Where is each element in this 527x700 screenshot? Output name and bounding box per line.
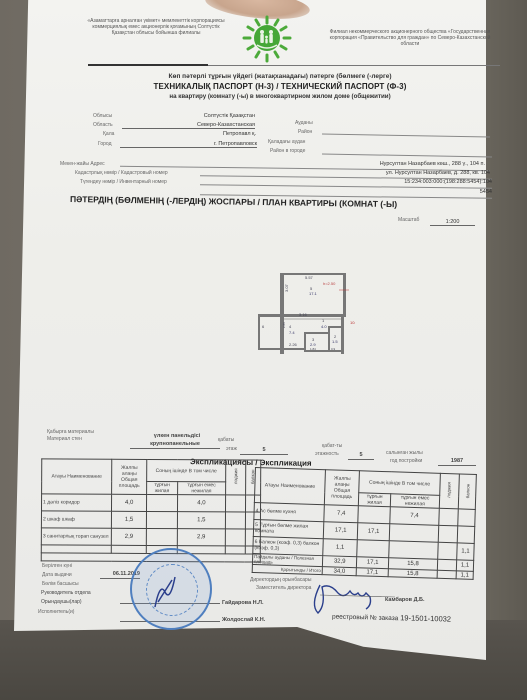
doc-title: ТЕХНИКАЛЫҚ ПАСПОРТ (Н-3) / ТЕХНИЧЕСКИЙ П… (125, 82, 435, 91)
floor-plan-drawing: 5.57 h=2.50 5 17.1 3.07 3.16 1 4.0 4 7.4… (255, 270, 355, 354)
floor-label-ru: этаж (226, 446, 237, 452)
wall-material-label-ru: Материал стен (47, 436, 82, 442)
oblast-label-kz: Облысы (93, 113, 112, 119)
deputy-signature-icon (300, 575, 405, 615)
table-row: 3 санитарлық торап санузел 2,9 2,9 (41, 528, 260, 546)
svg-text:2.86: 2.86 (282, 322, 286, 328)
deputy-name: Камбаров Д.Б. (385, 597, 425, 604)
address-value-ru: ул. Нурсултан Назарбаев, д. 288, кв. 104 (300, 170, 490, 176)
col-total-header: Жалпы алаңы Общая площадь (112, 459, 147, 494)
family-sun-logo-icon (238, 14, 296, 66)
wall-material-kz: үлкен панельдісі (142, 433, 212, 440)
district-label-kz: Ауданы (295, 120, 313, 126)
scale-label: Масштаб (398, 217, 419, 223)
org-name-kz: «Азаматтарға арналған үкімет» мемлекетті… (82, 18, 230, 36)
header-divider-bold (88, 64, 208, 66)
svg-text:7.4: 7.4 (289, 330, 295, 335)
col-name-header: Атауы Наименование (42, 459, 112, 494)
oblast-label-ru: Область (93, 122, 113, 128)
svg-text:104: 104 (350, 320, 355, 325)
year-label-kz: салынған жылы (386, 450, 423, 456)
city-label-ru: Город (98, 141, 112, 147)
head-label-ru: Руководитель отдела (41, 590, 91, 596)
wall-material-ru: крупнопанельные (130, 441, 220, 449)
head-label-kz: Бөлім басшысы (42, 581, 79, 587)
city-district-label-kz: Қаладағы аудан (268, 139, 305, 145)
inventory-value: 5454 (440, 189, 492, 195)
year-label-ru: год постройки (390, 458, 422, 464)
floor-label-kz: қабаты (218, 437, 234, 443)
svg-text:17.1: 17.1 (309, 291, 318, 296)
svg-text:h=2.50: h=2.50 (323, 281, 336, 286)
org-name-ru: Филиал некоммерческого акционерного обще… (325, 29, 495, 47)
executor-name: Жолдослай К.Н. (222, 617, 265, 624)
col-loggia-header: лоджия (233, 469, 238, 485)
svg-text:3.16: 3.16 (299, 312, 308, 317)
explication-table-right: Атауы Наименование Жалпы алаңы Общая пло… (252, 467, 477, 580)
svg-text:1.84: 1.84 (310, 347, 316, 351)
col-nonliving-header: тұрғын емес нежилая (177, 482, 225, 495)
floors-label-ru: этажность (315, 451, 339, 457)
floors-label-kz: қабат-ты (322, 443, 342, 449)
oblast-value-ru: Северо-Казахстанская (122, 122, 255, 129)
svg-text:4: 4 (289, 324, 292, 329)
svg-text:2.26: 2.26 (289, 342, 298, 347)
doc-subtitle-ru: на квартиру (комнату (-ы) в многоквартир… (120, 93, 440, 100)
city-district-label-ru: Район в городе (270, 148, 305, 154)
col-living-header: тұрғын жилая (147, 481, 178, 494)
svg-text:1.5: 1.5 (332, 339, 338, 344)
year-value: 1987 (438, 458, 476, 466)
cadastral-value: 15:234:003:000:(198:288:5454):104 (300, 179, 492, 185)
floors-value: 5 (348, 452, 374, 460)
address-value-kz: Нурсултан Назарбаев көш., 288 ү., 104 п. (300, 161, 485, 167)
issued-label-kz: Берілген күні (42, 563, 72, 569)
doc-subtitle-kz: Көп пәтерлі тұрғын үйдегі (жатақханадағы… (130, 73, 430, 80)
oblast-value-kz: Солтүстік Қазақстан (160, 113, 255, 119)
svg-text:3.07: 3.07 (284, 283, 289, 292)
svg-text:6: 6 (262, 324, 265, 329)
cadastral-label: Кадастрлық нөмір / Кадастровый номер (75, 170, 168, 176)
svg-text:1: 1 (322, 318, 325, 323)
head-name: Гайдарова Н.Л. (222, 600, 264, 607)
signature-icon (150, 572, 180, 612)
address-label: Мекен-жайы Адрес (60, 161, 105, 167)
executor-label-kz: Орындаушы(лар) (41, 599, 82, 605)
city-value-kz: Петропавл қ. (160, 131, 256, 137)
floor-value: 5 (240, 447, 288, 455)
table-row: 1 дәліз коридор 4,0 4,0 (41, 494, 260, 512)
svg-text:0.9: 0.9 (331, 347, 336, 351)
svg-text:4.0: 4.0 (321, 324, 327, 329)
scale-value: 1:200 (430, 219, 475, 226)
col-incl-header: Соның ішінде В том числе (147, 459, 226, 481)
wall-material-label-kz: Қабырға материалы (47, 429, 94, 435)
city-value-ru: г. Петропавловск (120, 141, 257, 148)
issued-label-ru: Дата выдачи (42, 572, 72, 578)
table-row: 2 шкаф шкаф 1,5 1,5 (41, 511, 260, 529)
explication-table-left: Атауы Наименование Жалпы алаңы Общая пло… (41, 458, 262, 562)
svg-text:5.57: 5.57 (305, 275, 314, 280)
city-label-kz: Қала (103, 131, 114, 137)
executor-label-ru: Исполнитель(и) (38, 609, 74, 615)
district-label-ru: Район (298, 129, 312, 135)
inventory-label: Түгендеу нөмір / Инвентарный номер (80, 179, 167, 185)
